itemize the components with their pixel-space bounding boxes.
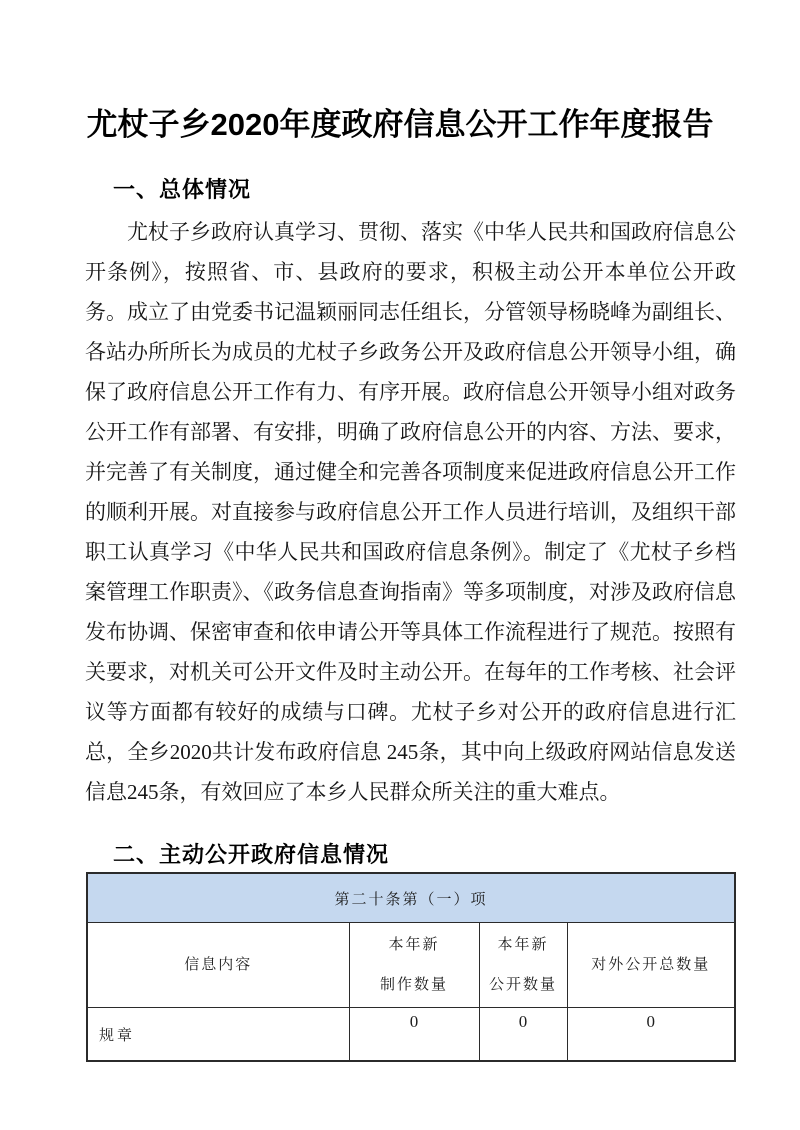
section-overview-heading: 一、总体情况 [113,176,800,204]
row-label-regulations: 规章 [87,1008,349,1062]
column-header-text: 本年新 [350,925,479,965]
row-value-total-disclosed: 0 [567,1008,735,1062]
table-data-row-regulations: 规章 0 0 0 [87,1008,735,1062]
column-header-text: 信息内容 [88,945,349,985]
column-header-total-disclosed: 对外公开总数量 [567,923,735,1008]
column-header-text: 制作数量 [350,965,479,1005]
section-disclosure-heading: 二、主动公开政府信息情况 [113,841,800,869]
column-header-text: 公开数量 [480,965,567,1005]
overview-paragraph: 尤杖子乡政府认真学习、贯彻、落实《中华人民共和国政府信息公开条例》，按照省、市、… [85,212,736,812]
disclosure-table: 第二十条第（一）项 信息内容 本年新 制作数量 本年新 公开数量 对外公开总数量 [86,872,736,1062]
table-header-row: 信息内容 本年新 制作数量 本年新 公开数量 对外公开总数量 [87,923,735,1008]
report-page: 尤杖子乡2020年度政府信息公开工作年度报告 一、总体情况 尤杖子乡政府认真学习… [0,0,800,1130]
column-header-new-produced: 本年新 制作数量 [349,923,479,1008]
column-header-text: 本年新 [480,925,567,965]
column-header-new-disclosed: 本年新 公开数量 [479,923,567,1008]
table-title-row: 第二十条第（一）项 [87,873,735,923]
column-header-text: 对外公开总数量 [568,945,735,985]
row-value-new-disclosed: 0 [479,1008,567,1062]
column-header-info-content: 信息内容 [87,923,349,1008]
table-title: 第二十条第（一）项 [87,873,735,923]
row-value-new-produced: 0 [349,1008,479,1062]
report-title: 尤杖子乡2020年度政府信息公开工作年度报告 [0,0,800,146]
